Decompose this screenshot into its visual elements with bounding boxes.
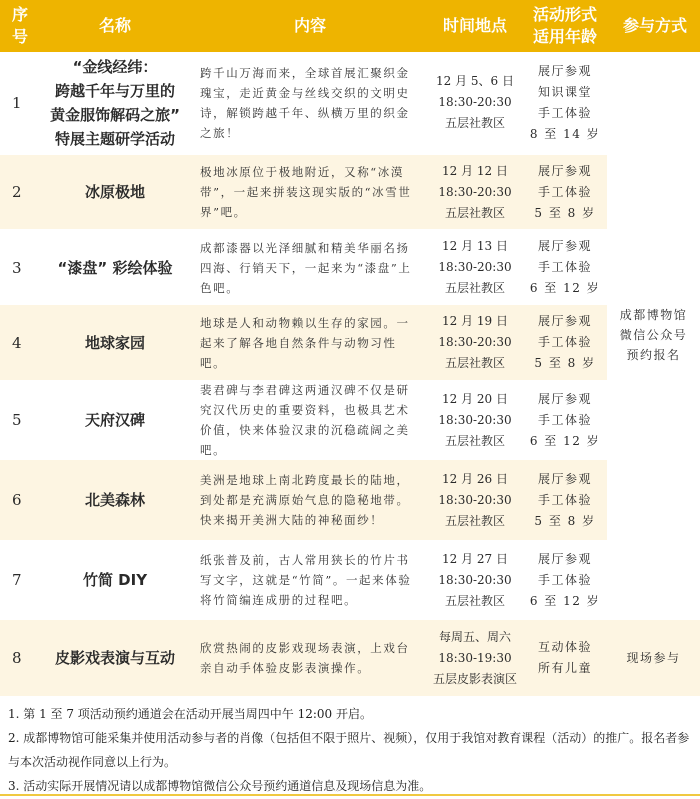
row-name: “金线经纬： 跨越千年与万里的 黄金服饰解码之旅” 特展主题研学活动 <box>40 52 190 153</box>
join-line: 预约报名 <box>626 345 680 365</box>
row-name: 竹简 DIY <box>40 540 190 620</box>
row-join: 现场参与 <box>607 620 700 696</box>
form-line: 展厅参观 <box>538 161 592 182</box>
row-content: 跨千山万海而来，全球首展汇聚织金瑰宝，走近黄金与丝线交织的文明史诗，解锁跨越千年… <box>200 52 422 153</box>
row-content: 纸张普及前，古人常用狭长的竹片书写文字，这就是“竹简”。一起来体验将竹简编连成册… <box>200 540 422 620</box>
name-line: 特展主题研学活动 <box>55 127 175 151</box>
row-content: 欣赏热闹的皮影戏现场表演，上戏台亲自动手体验皮影表演操作。 <box>200 620 422 696</box>
header-form-line2: 适用年龄 <box>533 26 597 48</box>
row-name: 北美森林 <box>40 460 190 540</box>
form-line: 手工体验 <box>538 332 592 353</box>
form-age: 5 至 8 岁 <box>534 353 595 374</box>
time-location: 五层社教区 <box>445 591 505 612</box>
form-line: 展厅参观 <box>538 549 592 570</box>
name-line: “金线经纬： <box>73 55 158 79</box>
header-join: 参与方式 <box>610 0 700 52</box>
row-no: 4 <box>12 305 42 380</box>
time-hours: 18:30-20:30 <box>438 410 511 431</box>
header-no-line1: 序 <box>12 4 28 26</box>
row-time: 12 月 12 日18:30-20:30五层社教区 <box>430 155 520 229</box>
table-row: 6 北美森林 美洲是地球上南北跨度最长的陆地，到处都是充满原始气息的隐秘地带。快… <box>0 460 700 540</box>
header-form: 活动形式适用年龄 <box>520 0 610 52</box>
name-line: 跨越千年与万里的 <box>55 79 175 103</box>
row-form: 展厅参观手工体验6 至 12 岁 <box>525 540 605 620</box>
form-line: 展厅参观 <box>538 61 592 82</box>
row-name: 冰原极地 <box>40 155 190 229</box>
row-content: 成都漆器以光泽细腻和精美华丽名扬四海、行销天下，一起来为“漆盘”上色吧。 <box>200 230 422 305</box>
time-hours: 18:30-20:30 <box>438 490 511 511</box>
form-line: 互动体验 <box>538 637 592 658</box>
row-content: 极地冰原位于极地附近，又称“冰漠带”，一起来拼装这现实版的“冰雪世界”吧。 <box>200 155 422 229</box>
row-no: 6 <box>12 460 42 540</box>
time-date: 12 月 12 日 <box>442 161 508 182</box>
shared-join-method: 成都博物馆微信公众号预约报名 <box>607 295 700 375</box>
row-name: “漆盘” 彩绘体验 <box>40 230 190 305</box>
time-location: 五层社教区 <box>445 203 505 224</box>
row-form: 展厅参观知识课堂手工体验8 至 14 岁 <box>525 52 605 153</box>
note-item: 1. 第 1 至 7 项活动预约通道会在活动开展当周四中午 12:00 开启。 <box>8 702 698 726</box>
table-row: 5 天府汉碑 裴君碑与李君碑这两通汉碑不仅是研究汉代历史的重要资料，也极具艺术价… <box>0 380 700 460</box>
header-no-line2: 号 <box>12 26 28 48</box>
form-line: 展厅参观 <box>538 236 592 257</box>
form-line: 手工体验 <box>538 490 592 511</box>
time-hours: 18:30-19:30 <box>438 648 511 669</box>
row-name: 皮影戏表演与互动 <box>40 620 190 696</box>
header-name: 名称 <box>40 0 190 52</box>
time-hours: 18:30-20:30 <box>438 92 511 113</box>
table-row: 3 “漆盘” 彩绘体验 成都漆器以光泽细腻和精美华丽名扬四海、行销天下，一起来为… <box>0 230 700 305</box>
form-age: 5 至 8 岁 <box>534 203 595 224</box>
row-content: 裴君碑与李君碑这两通汉碑不仅是研究汉代历史的重要资料，也极具艺术价值，快来体验汉… <box>200 380 422 460</box>
time-location: 五层社教区 <box>445 431 505 452</box>
table-row: 1 “金线经纬： 跨越千年与万里的 黄金服饰解码之旅” 特展主题研学活动 跨千山… <box>0 52 700 153</box>
join-line: 成都博物馆 <box>620 305 688 325</box>
row-no: 8 <box>12 620 42 696</box>
row-name: 地球家园 <box>40 305 190 380</box>
form-age: 6 至 12 岁 <box>530 591 600 612</box>
join-line: 微信公众号 <box>620 325 688 345</box>
form-line: 展厅参观 <box>538 311 592 332</box>
row-form: 展厅参观手工体验6 至 12 岁 <box>525 380 605 460</box>
time-date: 12 月 27 日 <box>442 549 508 570</box>
header-time: 时间地点 <box>430 0 520 52</box>
row-time: 12 月 5、6 日18:30-20:30五层社教区 <box>430 52 520 153</box>
table-row: 4 地球家园 地球是人和动物赖以生存的家园。一起来了解各地自然条件与动物习性吧。… <box>0 305 700 380</box>
row-no: 5 <box>12 380 42 460</box>
notes-section: 1. 第 1 至 7 项活动预约通道会在活动开展当周四中午 12:00 开启。 … <box>8 702 698 798</box>
header-form-line1: 活动形式 <box>533 4 597 26</box>
form-age: 5 至 8 岁 <box>534 511 595 532</box>
table-header: 序号 名称 内容 时间地点 活动形式适用年龄 参与方式 <box>0 0 700 52</box>
form-line: 手工体验 <box>538 570 592 591</box>
form-line: 知识课堂 <box>538 82 592 103</box>
time-date: 12 月 20 日 <box>442 389 508 410</box>
form-line: 手工体验 <box>538 103 592 124</box>
time-hours: 18:30-20:30 <box>438 570 511 591</box>
row-no: 7 <box>12 540 42 620</box>
table-row: 7 竹简 DIY 纸张普及前，古人常用狭长的竹片书写文字，这就是“竹简”。一起来… <box>0 540 700 620</box>
activity-schedule-table: 序号 名称 内容 时间地点 活动形式适用年龄 参与方式 1 “金线经纬： 跨越千… <box>0 0 700 799</box>
time-location: 五层皮影表演区 <box>433 669 517 690</box>
form-line: 手工体验 <box>538 182 592 203</box>
time-date: 12 月 26 日 <box>442 469 508 490</box>
row-time: 12 月 19 日18:30-20:30五层社教区 <box>430 305 520 380</box>
form-age: 6 至 12 岁 <box>530 278 600 299</box>
row-time: 12 月 20 日18:30-20:30五层社教区 <box>430 380 520 460</box>
row-form: 展厅参观手工体验5 至 8 岁 <box>525 305 605 380</box>
row-time: 12 月 26 日18:30-20:30五层社教区 <box>430 460 520 540</box>
time-date: 12 月 19 日 <box>442 311 508 332</box>
header-no: 序号 <box>0 0 40 52</box>
row-form: 展厅参观手工体验5 至 8 岁 <box>525 155 605 229</box>
row-name: 天府汉碑 <box>40 380 190 460</box>
bottom-divider <box>0 794 700 796</box>
row-form: 互动体验所有儿童 <box>525 620 605 696</box>
row-form: 展厅参观手工体验5 至 8 岁 <box>525 460 605 540</box>
row-no: 3 <box>12 230 42 305</box>
row-no: 1 <box>12 52 42 153</box>
form-line: 手工体验 <box>538 257 592 278</box>
form-age: 所有儿童 <box>538 658 592 679</box>
form-line: 展厅参观 <box>538 469 592 490</box>
form-line: 展厅参观 <box>538 389 592 410</box>
form-age: 6 至 12 岁 <box>530 431 600 452</box>
row-no: 2 <box>12 155 42 229</box>
row-form: 展厅参观手工体验6 至 12 岁 <box>525 230 605 305</box>
time-location: 五层社教区 <box>445 278 505 299</box>
row-content: 美洲是地球上南北跨度最长的陆地，到处都是充满原始气息的隐秘地带。快来揭开美洲大陆… <box>200 460 422 540</box>
time-location: 五层社教区 <box>445 353 505 374</box>
name-line: 黄金服饰解码之旅” <box>50 103 180 127</box>
form-line: 手工体验 <box>538 410 592 431</box>
header-content: 内容 <box>190 0 430 52</box>
table-row: 2 冰原极地 极地冰原位于极地附近，又称“冰漠带”，一起来拼装这现实版的“冰雪世… <box>0 155 700 229</box>
row-time: 12 月 13 日18:30-20:30五层社教区 <box>430 230 520 305</box>
time-hours: 18:30-20:30 <box>438 182 511 203</box>
note-item: 2. 成都博物馆可能采集并使用活动参与者的肖像（包括但不限于照片、视频），仅用于… <box>8 726 698 774</box>
form-age: 8 至 14 岁 <box>530 124 600 145</box>
time-date: 12 月 13 日 <box>442 236 508 257</box>
row-time: 12 月 27 日18:30-20:30五层社教区 <box>430 540 520 620</box>
time-date: 12 月 5、6 日 <box>436 71 514 92</box>
row-content: 地球是人和动物赖以生存的家园。一起来了解各地自然条件与动物习性吧。 <box>200 305 422 380</box>
table-row: 8 皮影戏表演与互动 欣赏热闹的皮影戏现场表演，上戏台亲自动手体验皮影表演操作。… <box>0 620 700 696</box>
time-date: 每周五、周六 <box>439 627 511 648</box>
time-location: 五层社教区 <box>445 113 505 134</box>
row-time: 每周五、周六18:30-19:30五层皮影表演区 <box>430 620 520 696</box>
time-location: 五层社教区 <box>445 511 505 532</box>
time-hours: 18:30-20:30 <box>438 332 511 353</box>
time-hours: 18:30-20:30 <box>438 257 511 278</box>
